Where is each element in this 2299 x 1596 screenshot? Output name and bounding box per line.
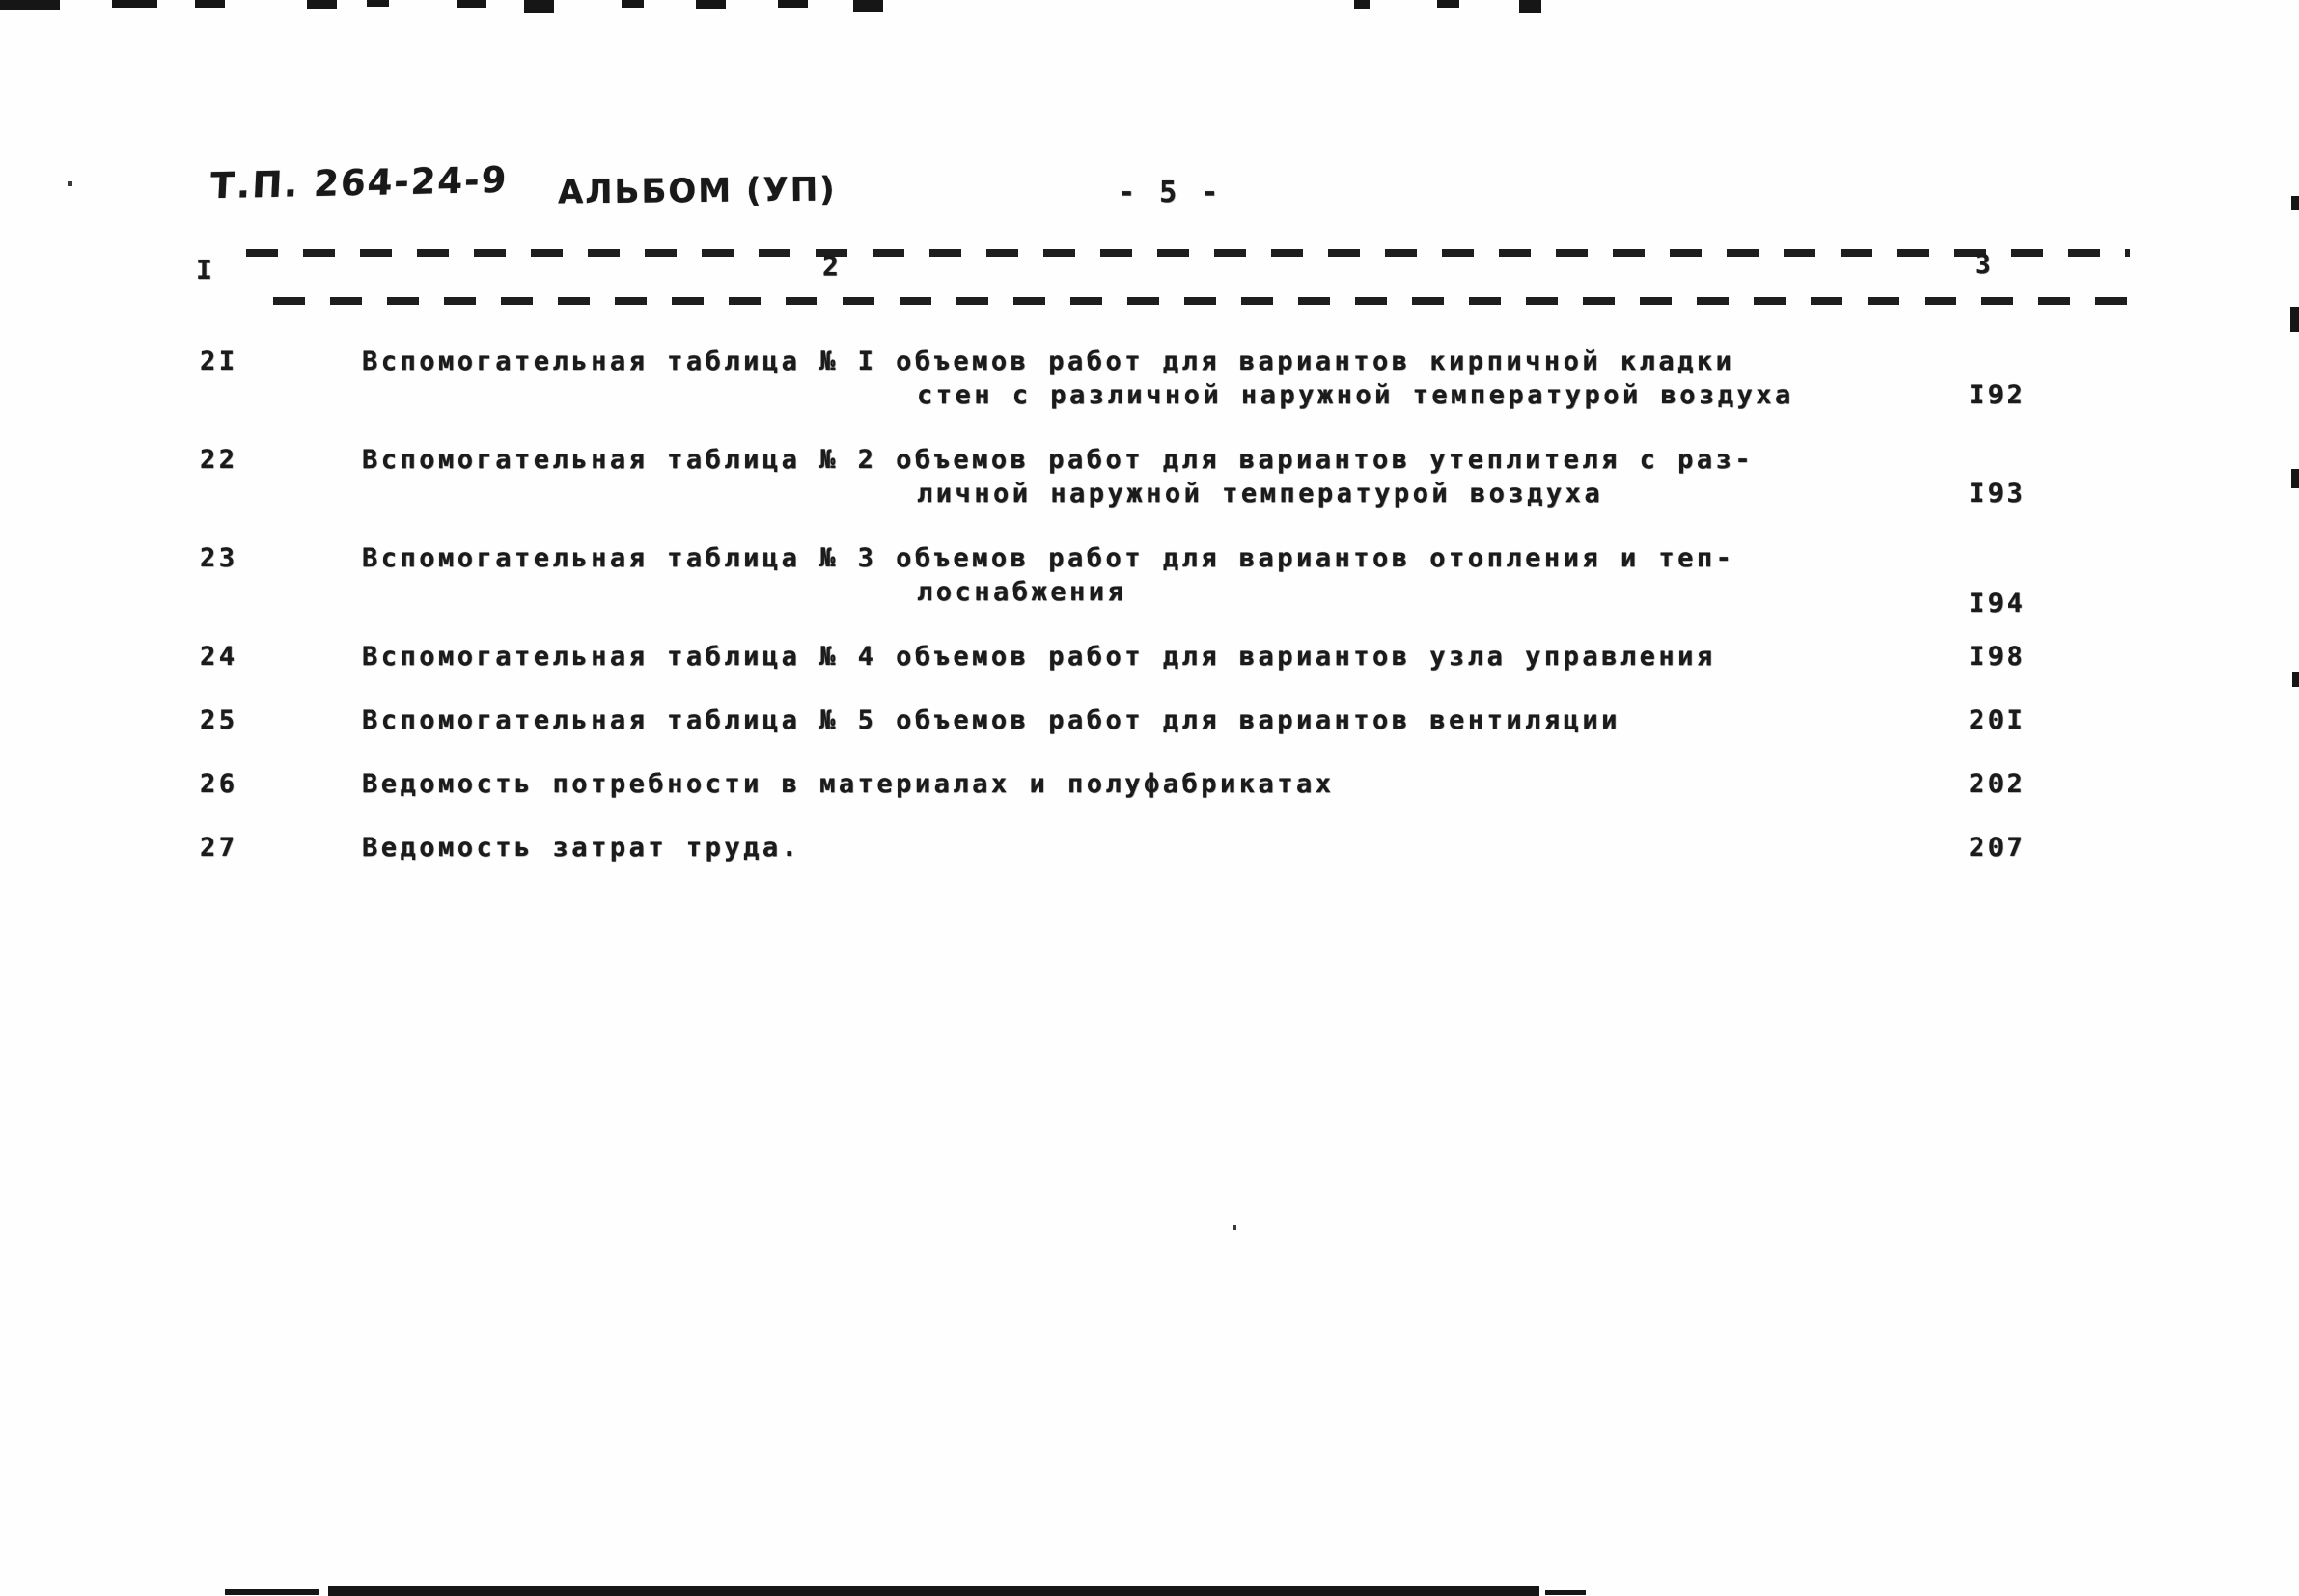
row-number: 22 xyxy=(200,443,238,477)
row-title-line1: Вспомогательная таблица № 3 объемов рабо… xyxy=(362,541,1954,575)
row-title-line1: Ведомость потребности в материалах и пол… xyxy=(362,767,1954,801)
scan-speck xyxy=(68,181,72,186)
row-page-ref: 20I xyxy=(1969,703,2026,737)
table-row: 24 Вспомогательная таблица № 4 объемов р… xyxy=(0,640,2299,674)
table-row: 27 Ведомость затрат труда. 207 xyxy=(0,831,2299,865)
row-page-ref: I94 xyxy=(1969,587,2026,620)
dashed-rule-bottom xyxy=(273,297,2140,305)
row-number: 26 xyxy=(200,767,238,801)
row-title: Вспомогательная таблица № 5 объемов рабо… xyxy=(362,703,1954,737)
doc-code: Т.П. 264-24-9 xyxy=(209,159,509,207)
row-title-line1: Вспомогательная таблица № 4 объемов рабо… xyxy=(362,640,1954,674)
scanned-document-page: Т.П. 264-24-9 АЛЬБОМ (УП) - 5 - I 2 3 2I… xyxy=(0,0,2299,1596)
row-title: Ведомость затрат труда. xyxy=(362,831,1954,865)
row-title-line2: стен с различной наружной температурой в… xyxy=(917,378,1954,412)
row-title: Вспомогательная таблица № 4 объемов рабо… xyxy=(362,640,1954,674)
row-title-line2: личной наружной температурой воздуха xyxy=(917,477,1954,510)
dashed-rule-top xyxy=(246,249,2130,257)
row-title-line1: Ведомость затрат труда. xyxy=(362,831,1954,865)
toc-table: 2I Вспомогательная таблица № I объемов р… xyxy=(0,344,2299,894)
row-number: 23 xyxy=(200,541,238,575)
table-row: 26 Ведомость потребности в материалах и … xyxy=(0,767,2299,801)
row-title-line1: Вспомогательная таблица № 5 объемов рабо… xyxy=(362,703,1954,737)
table-row: 25 Вспомогательная таблица № 5 объемов р… xyxy=(0,703,2299,737)
page-number: - 5 - xyxy=(1118,176,1222,209)
row-title: Вспомогательная таблица № 2 объемов рабо… xyxy=(362,443,1954,510)
row-number: 2I xyxy=(200,344,238,378)
column-header-3: 3 xyxy=(1975,247,1994,281)
table-row: 23 Вспомогательная таблица № 3 объемов р… xyxy=(0,541,2299,609)
album-label: АЛЬБОМ (УП) xyxy=(558,170,837,211)
row-title-line1: Вспомогательная таблица № I объемов рабо… xyxy=(362,344,1954,378)
row-page-ref: 202 xyxy=(1969,767,2026,801)
row-page-ref: I98 xyxy=(1969,640,2026,674)
row-number: 24 xyxy=(200,640,238,674)
scan-speck xyxy=(1233,1225,1236,1230)
row-title: Вспомогательная таблица № 3 объемов рабо… xyxy=(362,541,1954,609)
row-title: Ведомость потребности в материалах и пол… xyxy=(362,767,1954,801)
row-title: Вспомогательная таблица № I объемов рабо… xyxy=(362,344,1954,412)
row-page-ref: I92 xyxy=(1969,378,2026,412)
table-row: 22 Вспомогательная таблица № 2 объемов р… xyxy=(0,443,2299,510)
column-header-1: I xyxy=(196,253,215,287)
column-header-2: 2 xyxy=(822,249,842,283)
row-title-line1: Вспомогательная таблица № 2 объемов рабо… xyxy=(362,443,1954,477)
row-page-ref: I93 xyxy=(1969,477,2026,510)
table-row: 2I Вспомогательная таблица № I объемов р… xyxy=(0,344,2299,412)
row-number: 27 xyxy=(200,831,238,865)
row-page-ref: 207 xyxy=(1969,831,2026,865)
row-title-line2: лоснабжения xyxy=(917,575,1954,609)
row-number: 25 xyxy=(200,703,238,737)
